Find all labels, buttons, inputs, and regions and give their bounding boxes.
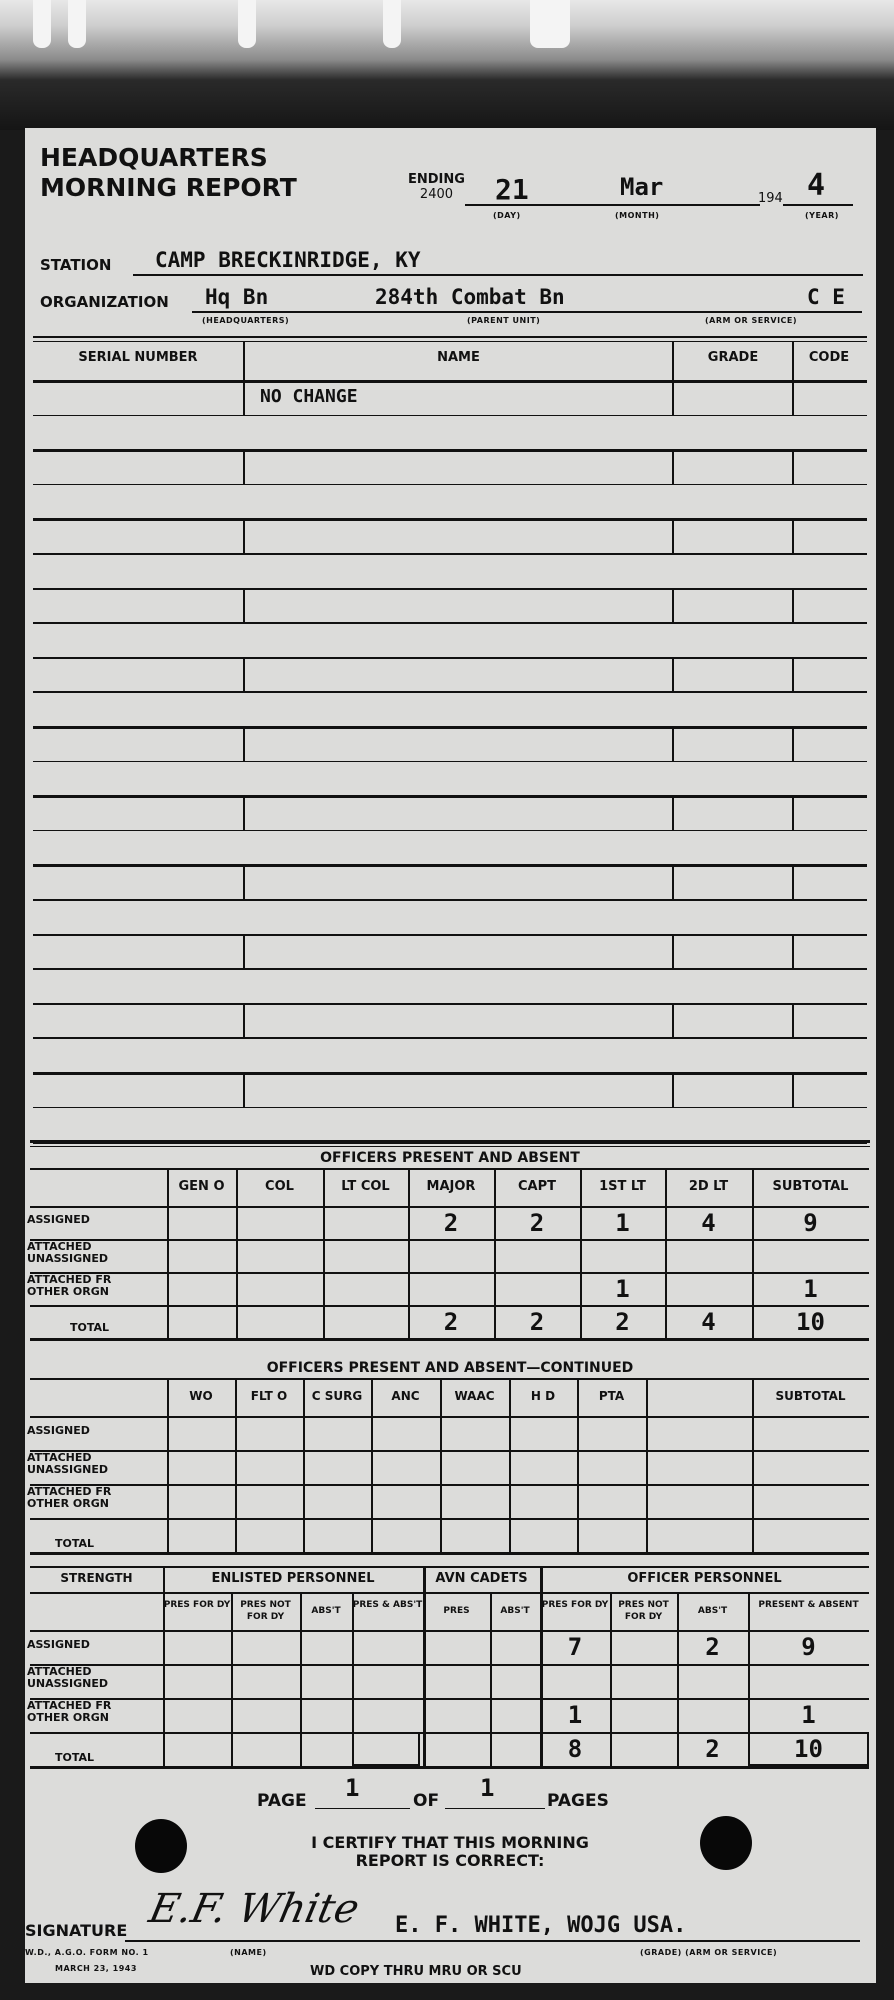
roster-row-entry: [33, 726, 867, 761]
subcolumn-header: PRES NOT FOR DY: [231, 1599, 300, 1623]
year-underline: [783, 204, 853, 206]
signature-line: [125, 1940, 860, 1942]
column-header: WAAC: [440, 1389, 509, 1403]
column-divider: [243, 1003, 245, 1038]
column-header: SUBTOTAL: [752, 1389, 869, 1403]
row-rule: [33, 622, 867, 624]
column-divider: [672, 518, 674, 553]
cell-value: 2: [494, 1209, 580, 1237]
cell-value: 2: [677, 1735, 748, 1763]
cell-value: 4: [665, 1308, 752, 1336]
row-rule: [33, 553, 867, 555]
cell-value: 4: [665, 1209, 752, 1237]
signature-label: SIGNATURE: [25, 1921, 127, 1940]
title-line-2: MORNING REPORT: [40, 173, 297, 203]
table-rule: [30, 1592, 869, 1594]
section-divider: [30, 1146, 870, 1147]
table-rule: [30, 1664, 869, 1666]
column-divider: [672, 795, 674, 830]
row-rule: [33, 484, 867, 486]
column-divider: [792, 657, 794, 692]
table-rule: [30, 1552, 869, 1555]
column-divider: [792, 588, 794, 623]
film-sprocket: [68, 0, 86, 48]
column-header: COL: [236, 1179, 323, 1194]
handwritten-signature: E.F. White: [145, 1886, 363, 1932]
pages-label: PAGES: [547, 1791, 609, 1811]
row-label: ASSIGNED: [27, 1425, 147, 1437]
column-header: MAJOR: [408, 1179, 494, 1194]
table-rule: [30, 1630, 869, 1632]
enlisted-group-header: ENLISTED PERSONNEL: [163, 1571, 423, 1586]
day-value: 21: [495, 173, 529, 206]
subcolumn-header: PRES & ABS'T: [352, 1599, 423, 1611]
column-divider: [792, 795, 794, 830]
page-number: 1: [345, 1774, 359, 1802]
column-divider: [235, 1378, 237, 1552]
row-label: TOTAL: [70, 1322, 150, 1334]
officers-table-title: OFFICERS PRESENT AND ABSENT: [30, 1150, 870, 1166]
column-header-grade: GRADE: [674, 350, 792, 365]
column-divider: [792, 864, 794, 899]
column-divider: [672, 449, 674, 484]
column-header: SUBTOTAL: [752, 1179, 869, 1194]
day-caption: (DAY): [493, 211, 521, 220]
cell-value: 9: [748, 1633, 869, 1661]
column-divider: [672, 934, 674, 969]
table-rule: [30, 1698, 869, 1700]
certification-line-1: I CERTIFY THAT THIS MORNING: [30, 1834, 870, 1852]
column-divider: [300, 1592, 302, 1766]
organization-label: ORGANIZATION: [40, 293, 169, 311]
column-divider: [509, 1378, 511, 1552]
station-value: CAMP BRECKINRIDGE, KY: [155, 248, 421, 272]
routing-note: WD COPY THRU MRU OR SCU: [310, 1964, 522, 1979]
roster-row-entry: [33, 449, 867, 484]
morning-report-form: HEADQUARTERS MORNING REPORT ENDING 2400 …: [25, 128, 876, 1983]
table-rule: [30, 1378, 869, 1380]
headquarters-caption: (HEADQUARTERS): [202, 316, 289, 325]
column-header: FLT O: [235, 1389, 303, 1403]
column-header: C SURG: [303, 1389, 371, 1403]
column-header: 1ST LT: [580, 1179, 665, 1194]
organization-headquarters: Hq Bn: [205, 285, 268, 309]
column-divider: [577, 1378, 579, 1552]
column-divider: [167, 1378, 169, 1552]
subcolumn-header: PRESENT & ABSENT: [748, 1599, 869, 1611]
row-rule: [33, 899, 867, 901]
column-divider: [440, 1378, 442, 1552]
form-number: W.D., A.G.O. FORM NO. 1: [25, 1948, 149, 1957]
organization-arm-service: C E: [807, 285, 845, 309]
row-label: ATTACHED FR OTHER ORGN: [27, 1274, 147, 1298]
column-header: WO: [167, 1389, 235, 1403]
column-divider: [243, 1072, 245, 1107]
year-value: 4: [807, 168, 825, 203]
table-rule: [30, 1518, 869, 1520]
ending-time: 2400: [408, 187, 465, 202]
film-sprocket: [383, 0, 401, 48]
cell-value: 2: [408, 1308, 494, 1336]
roster-row-entry: [33, 657, 867, 692]
avn-cadets-group-header: AVN CADETS: [423, 1571, 540, 1586]
month-value: Mar: [620, 173, 663, 201]
column-divider: [792, 1072, 794, 1107]
table-rule: [30, 1484, 869, 1486]
enlisted-total-box: [352, 1732, 420, 1766]
table-rule: [30, 1566, 869, 1568]
cell-value: 8: [540, 1735, 610, 1763]
row-label: ASSIGNED: [27, 1639, 147, 1651]
cell-value: 1: [580, 1275, 665, 1303]
officer-group-header: OFFICER PERSONNEL: [540, 1571, 869, 1586]
cell-value: 1: [580, 1209, 665, 1237]
column-divider: [646, 1378, 648, 1552]
column-divider: [792, 518, 794, 553]
arm-service-caption: (ARM OR SERVICE): [705, 316, 797, 325]
cell-value: 10: [752, 1308, 869, 1336]
column-divider: [672, 1072, 674, 1107]
roster-row-entry: [33, 1003, 867, 1038]
column-divider: [672, 588, 674, 623]
page-total: 1: [480, 1774, 494, 1802]
column-divider: [792, 449, 794, 484]
column-divider: [672, 864, 674, 899]
column-divider: [672, 380, 674, 415]
station-label: STATION: [40, 256, 111, 274]
film-sprocket: [33, 0, 51, 48]
subcolumn-header: ABS'T: [300, 1605, 352, 1617]
roster-row-entry: [33, 588, 867, 623]
cell-value: 2: [408, 1209, 494, 1237]
film-sprocket: [530, 0, 570, 48]
row-label: TOTAL: [55, 1538, 135, 1550]
column-divider: [792, 380, 794, 415]
grade-caption: (GRADE) (ARM OR SERVICE): [640, 1948, 777, 1957]
subcolumn-header: ABS'T: [490, 1605, 540, 1617]
cell-value: 2: [677, 1633, 748, 1661]
column-divider: [303, 1378, 305, 1552]
title-line-1: HEADQUARTERS: [40, 143, 297, 173]
row-label: TOTAL: [55, 1752, 135, 1764]
roster-row-entry: [33, 934, 867, 969]
column-divider: [243, 588, 245, 623]
ending-label: ENDING 2400: [408, 172, 465, 202]
column-divider: [490, 1592, 492, 1766]
parent-unit-caption: (PARENT UNIT): [467, 316, 540, 325]
column-divider: [672, 726, 674, 761]
column-divider: [243, 795, 245, 830]
organization-underline: [192, 311, 862, 313]
column-divider: [672, 657, 674, 692]
row-rule: [33, 415, 867, 417]
year-prefix: 194: [758, 191, 783, 206]
certification-text: I CERTIFY THAT THIS MORNING REPORT IS CO…: [30, 1834, 870, 1870]
table-rule: [30, 1766, 869, 1769]
station-underline: [133, 274, 863, 276]
column-divider: [243, 657, 245, 692]
column-divider: [371, 1378, 373, 1552]
year-caption: (YEAR): [805, 211, 839, 220]
film-strip-top: [0, 0, 894, 130]
column-divider: [672, 1003, 674, 1038]
of-label: OF: [413, 1791, 439, 1811]
row-label: ATTACHED FR OTHER ORGN: [27, 1700, 147, 1724]
cell-value: 9: [752, 1209, 869, 1237]
row-rule: [33, 1107, 867, 1109]
ending-word: ENDING: [408, 172, 465, 187]
subcolumn-header: PRES NOT FOR DY: [610, 1599, 677, 1623]
column-header-name: NAME: [245, 350, 672, 365]
column-header: ANC: [371, 1389, 440, 1403]
column-divider: [243, 934, 245, 969]
column-header: LT COL: [323, 1179, 408, 1194]
officers-continued-title: OFFICERS PRESENT AND ABSENT—CONTINUED: [30, 1360, 870, 1376]
row-rule: [33, 1037, 867, 1039]
table-rule: [30, 1450, 869, 1452]
column-header: PTA: [577, 1389, 646, 1403]
column-header: 2D LT: [665, 1179, 752, 1194]
table-rule: [30, 1168, 869, 1170]
group-divider: [423, 1566, 426, 1766]
row-rule: [33, 830, 867, 832]
roster-row-entry: [33, 1072, 867, 1107]
row-label: ATTACHED FR OTHER ORGN: [27, 1486, 147, 1510]
cell-value: 7: [540, 1633, 610, 1661]
row-rule: [33, 691, 867, 693]
column-divider: [752, 1378, 754, 1552]
cell-value: 2: [494, 1308, 580, 1336]
column-header: H D: [509, 1389, 577, 1403]
subcolumn-header: PRES: [423, 1605, 490, 1617]
row-label: ATTACHED UNASSIGNED: [27, 1452, 147, 1476]
column-divider: [243, 726, 245, 761]
row-label: ATTACHED UNASSIGNED: [27, 1666, 147, 1690]
officer-total-box: [748, 1732, 869, 1766]
page-label: PAGE: [257, 1791, 307, 1811]
name-caption: (NAME): [230, 1948, 267, 1957]
cell-value: 1: [752, 1275, 869, 1303]
row-rule: [33, 968, 867, 970]
subcolumn-header: PRES FOR DY: [163, 1599, 231, 1611]
film-sprocket: [238, 0, 256, 48]
form-title: HEADQUARTERS MORNING REPORT: [40, 143, 297, 203]
table-rule: [30, 1338, 869, 1341]
column-divider: [243, 518, 245, 553]
cell-value: 1: [748, 1701, 869, 1729]
table-rule: [30, 1206, 869, 1208]
roster-row-entry: [33, 518, 867, 553]
table-rule: [30, 1732, 869, 1734]
table-rule: [30, 1239, 869, 1241]
cell-value: 1: [540, 1701, 610, 1729]
group-divider: [163, 1566, 165, 1766]
month-caption: (MONTH): [615, 211, 659, 220]
column-divider: [243, 380, 245, 415]
subcolumn-header: ABS'T: [677, 1605, 748, 1617]
column-divider: [792, 726, 794, 761]
roster-row-entry: [33, 864, 867, 899]
table-rule: [30, 1272, 869, 1274]
subcolumn-header: PRES FOR DY: [540, 1599, 610, 1611]
typed-name: E. F. WHITE, WOJG USA.: [395, 1913, 686, 1938]
row-label: ASSIGNED: [27, 1214, 147, 1226]
organization-parent-unit: 284th Combat Bn: [375, 285, 565, 309]
column-divider: [792, 934, 794, 969]
strength-label: STRENGTH: [30, 1571, 163, 1585]
column-header: CAPT: [494, 1179, 580, 1194]
table-rule: [30, 1416, 869, 1418]
column-divider: [792, 1003, 794, 1038]
roster-row-entry: [33, 795, 867, 830]
form-date: MARCH 23, 1943: [55, 1964, 137, 1973]
certification-line-2: REPORT IS CORRECT:: [30, 1852, 870, 1870]
row-label: ATTACHED UNASSIGNED: [27, 1241, 147, 1265]
column-divider: [243, 864, 245, 899]
roster-row-entry: [33, 380, 867, 415]
cell-value: 2: [580, 1308, 665, 1336]
column-divider: [243, 449, 245, 484]
row-rule: [33, 761, 867, 763]
column-header: GEN O: [167, 1179, 236, 1194]
column-header-serial-number: SERIAL NUMBER: [33, 350, 243, 365]
table-rule: [30, 1305, 869, 1307]
column-header-code: CODE: [794, 350, 864, 365]
section-divider: [30, 1140, 870, 1143]
